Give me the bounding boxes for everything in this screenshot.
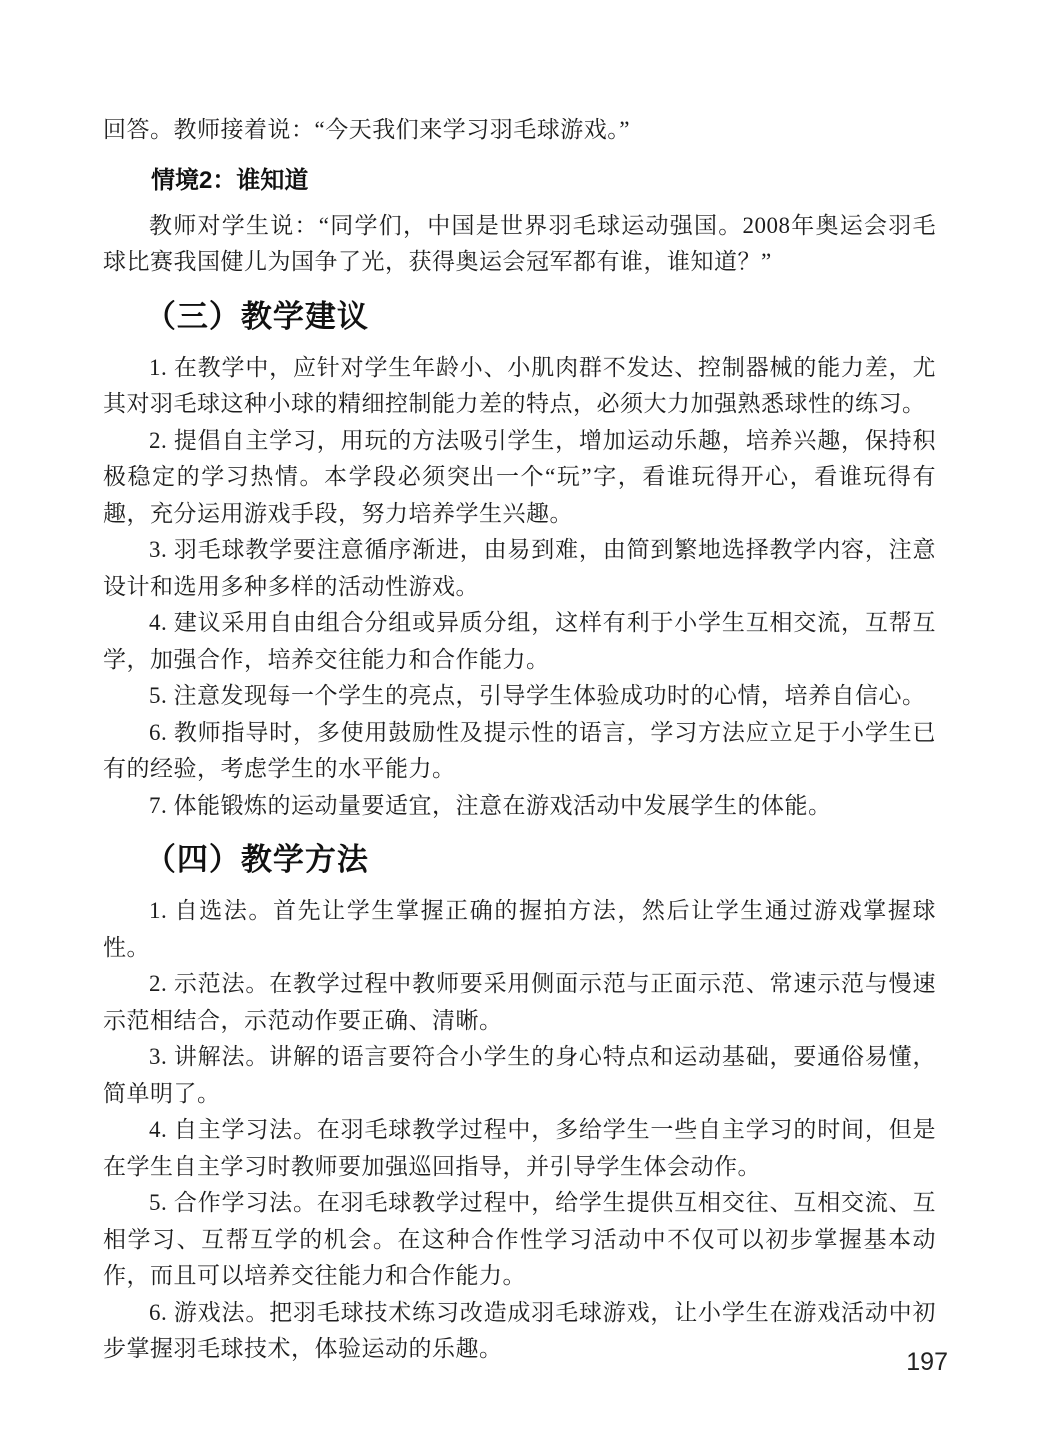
scenario-heading: 情境2：谁知道 — [103, 166, 936, 196]
list-item: 2. 提倡自主学习，用玩的方法吸引学生，增加运动乐趣，培养兴趣，保持积极稳定的学… — [103, 423, 936, 533]
scenario-paragraph: 教师对学生说：“同学们，中国是世界羽毛球运动强国。2008年奥运会羽毛球比赛我国… — [103, 208, 936, 281]
list-item: 1. 在教学中，应针对学生年龄小、小肌肉群不发达、控制器械的能力差，尤其对羽毛球… — [103, 350, 936, 423]
page-content: 回答。教师接着说：“今天我们来学习羽毛球游戏。” 情境2：谁知道 教师对学生说：… — [103, 112, 936, 1368]
list-item: 7. 体能锻炼的运动量要适宜，注意在游戏活动中发展学生的体能。 — [103, 788, 936, 825]
leading-paragraph: 回答。教师接着说：“今天我们来学习羽毛球游戏。” — [103, 112, 936, 149]
book-page: 回答。教师接着说：“今天我们来学习羽毛球游戏。” 情境2：谁知道 教师对学生说：… — [0, 0, 1038, 1452]
list-item: 2. 示范法。在教学过程中教师要采用侧面示范与正面示范、常速示范与慢速示范相结合… — [103, 966, 936, 1039]
list-item: 4. 自主学习法。在羽毛球教学过程中，多给学生一些自主学习的时间，但是在学生自主… — [103, 1112, 936, 1185]
list-item: 3. 羽毛球教学要注意循序渐进，由易到难，由简到繁地选择教学内容，注意设计和选用… — [103, 532, 936, 605]
page-number: 197 — [906, 1348, 948, 1377]
list-item: 5. 注意发现每一个学生的亮点，引导学生体验成功时的心情，培养自信心。 — [103, 678, 936, 715]
list-item: 6. 教师指导时，多使用鼓励性及提示性的语言，学习方法应立足于小学生已有的经验，… — [103, 715, 936, 788]
list-item: 4. 建议采用自由组合分组或异质分组，这样有利于小学生互相交流，互帮互学，加强合… — [103, 605, 936, 678]
list-item: 5. 合作学习法。在羽毛球教学过程中，给学生提供互相交往、互相交流、互相学习、互… — [103, 1185, 936, 1295]
section-heading-teaching-suggestions: （三）教学建议 — [103, 296, 936, 338]
list-item: 3. 讲解法。讲解的语言要符合小学生的身心特点和运动基础，要通俗易懂，简单明了。 — [103, 1039, 936, 1112]
list-item: 1. 自选法。首先让学生掌握正确的握拍方法，然后让学生通过游戏掌握球性。 — [103, 893, 936, 966]
list-item: 6. 游戏法。把羽毛球技术练习改造成羽毛球游戏，让小学生在游戏活动中初步掌握羽毛… — [103, 1295, 936, 1368]
section-heading-teaching-methods: （四）教学方法 — [103, 839, 936, 881]
